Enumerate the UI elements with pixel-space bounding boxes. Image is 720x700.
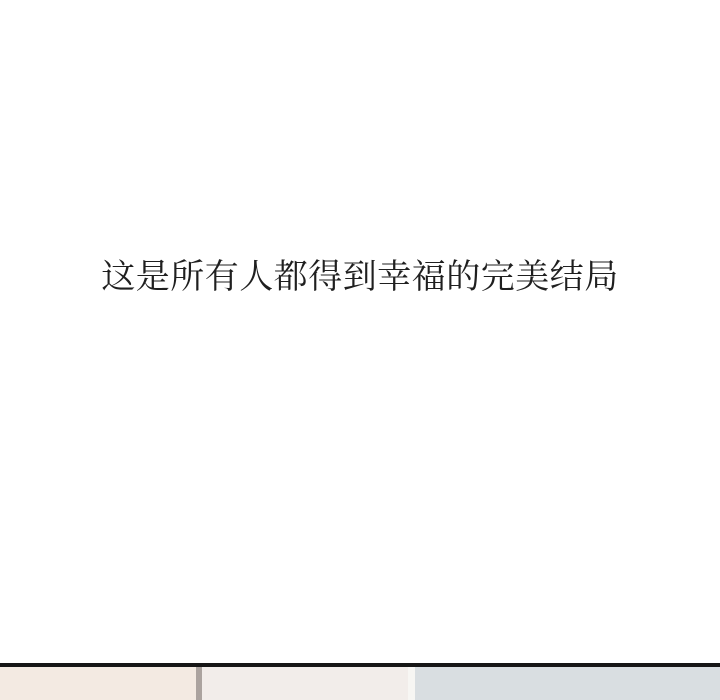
- panel-wall-segments: [0, 667, 720, 700]
- comic-page: 这是所有人都得到幸福的完美结局: [0, 0, 720, 700]
- panel-segment-bluegray-wall: [415, 667, 720, 700]
- caption-text: 这是所有人都得到幸福的完美结局: [0, 256, 720, 299]
- panel-segment-offwhite-wall: [202, 667, 408, 700]
- panel-segment-edge-highlight: [408, 667, 415, 700]
- panel-segment-beige-wall: [0, 667, 196, 700]
- next-comic-panel: [0, 663, 720, 700]
